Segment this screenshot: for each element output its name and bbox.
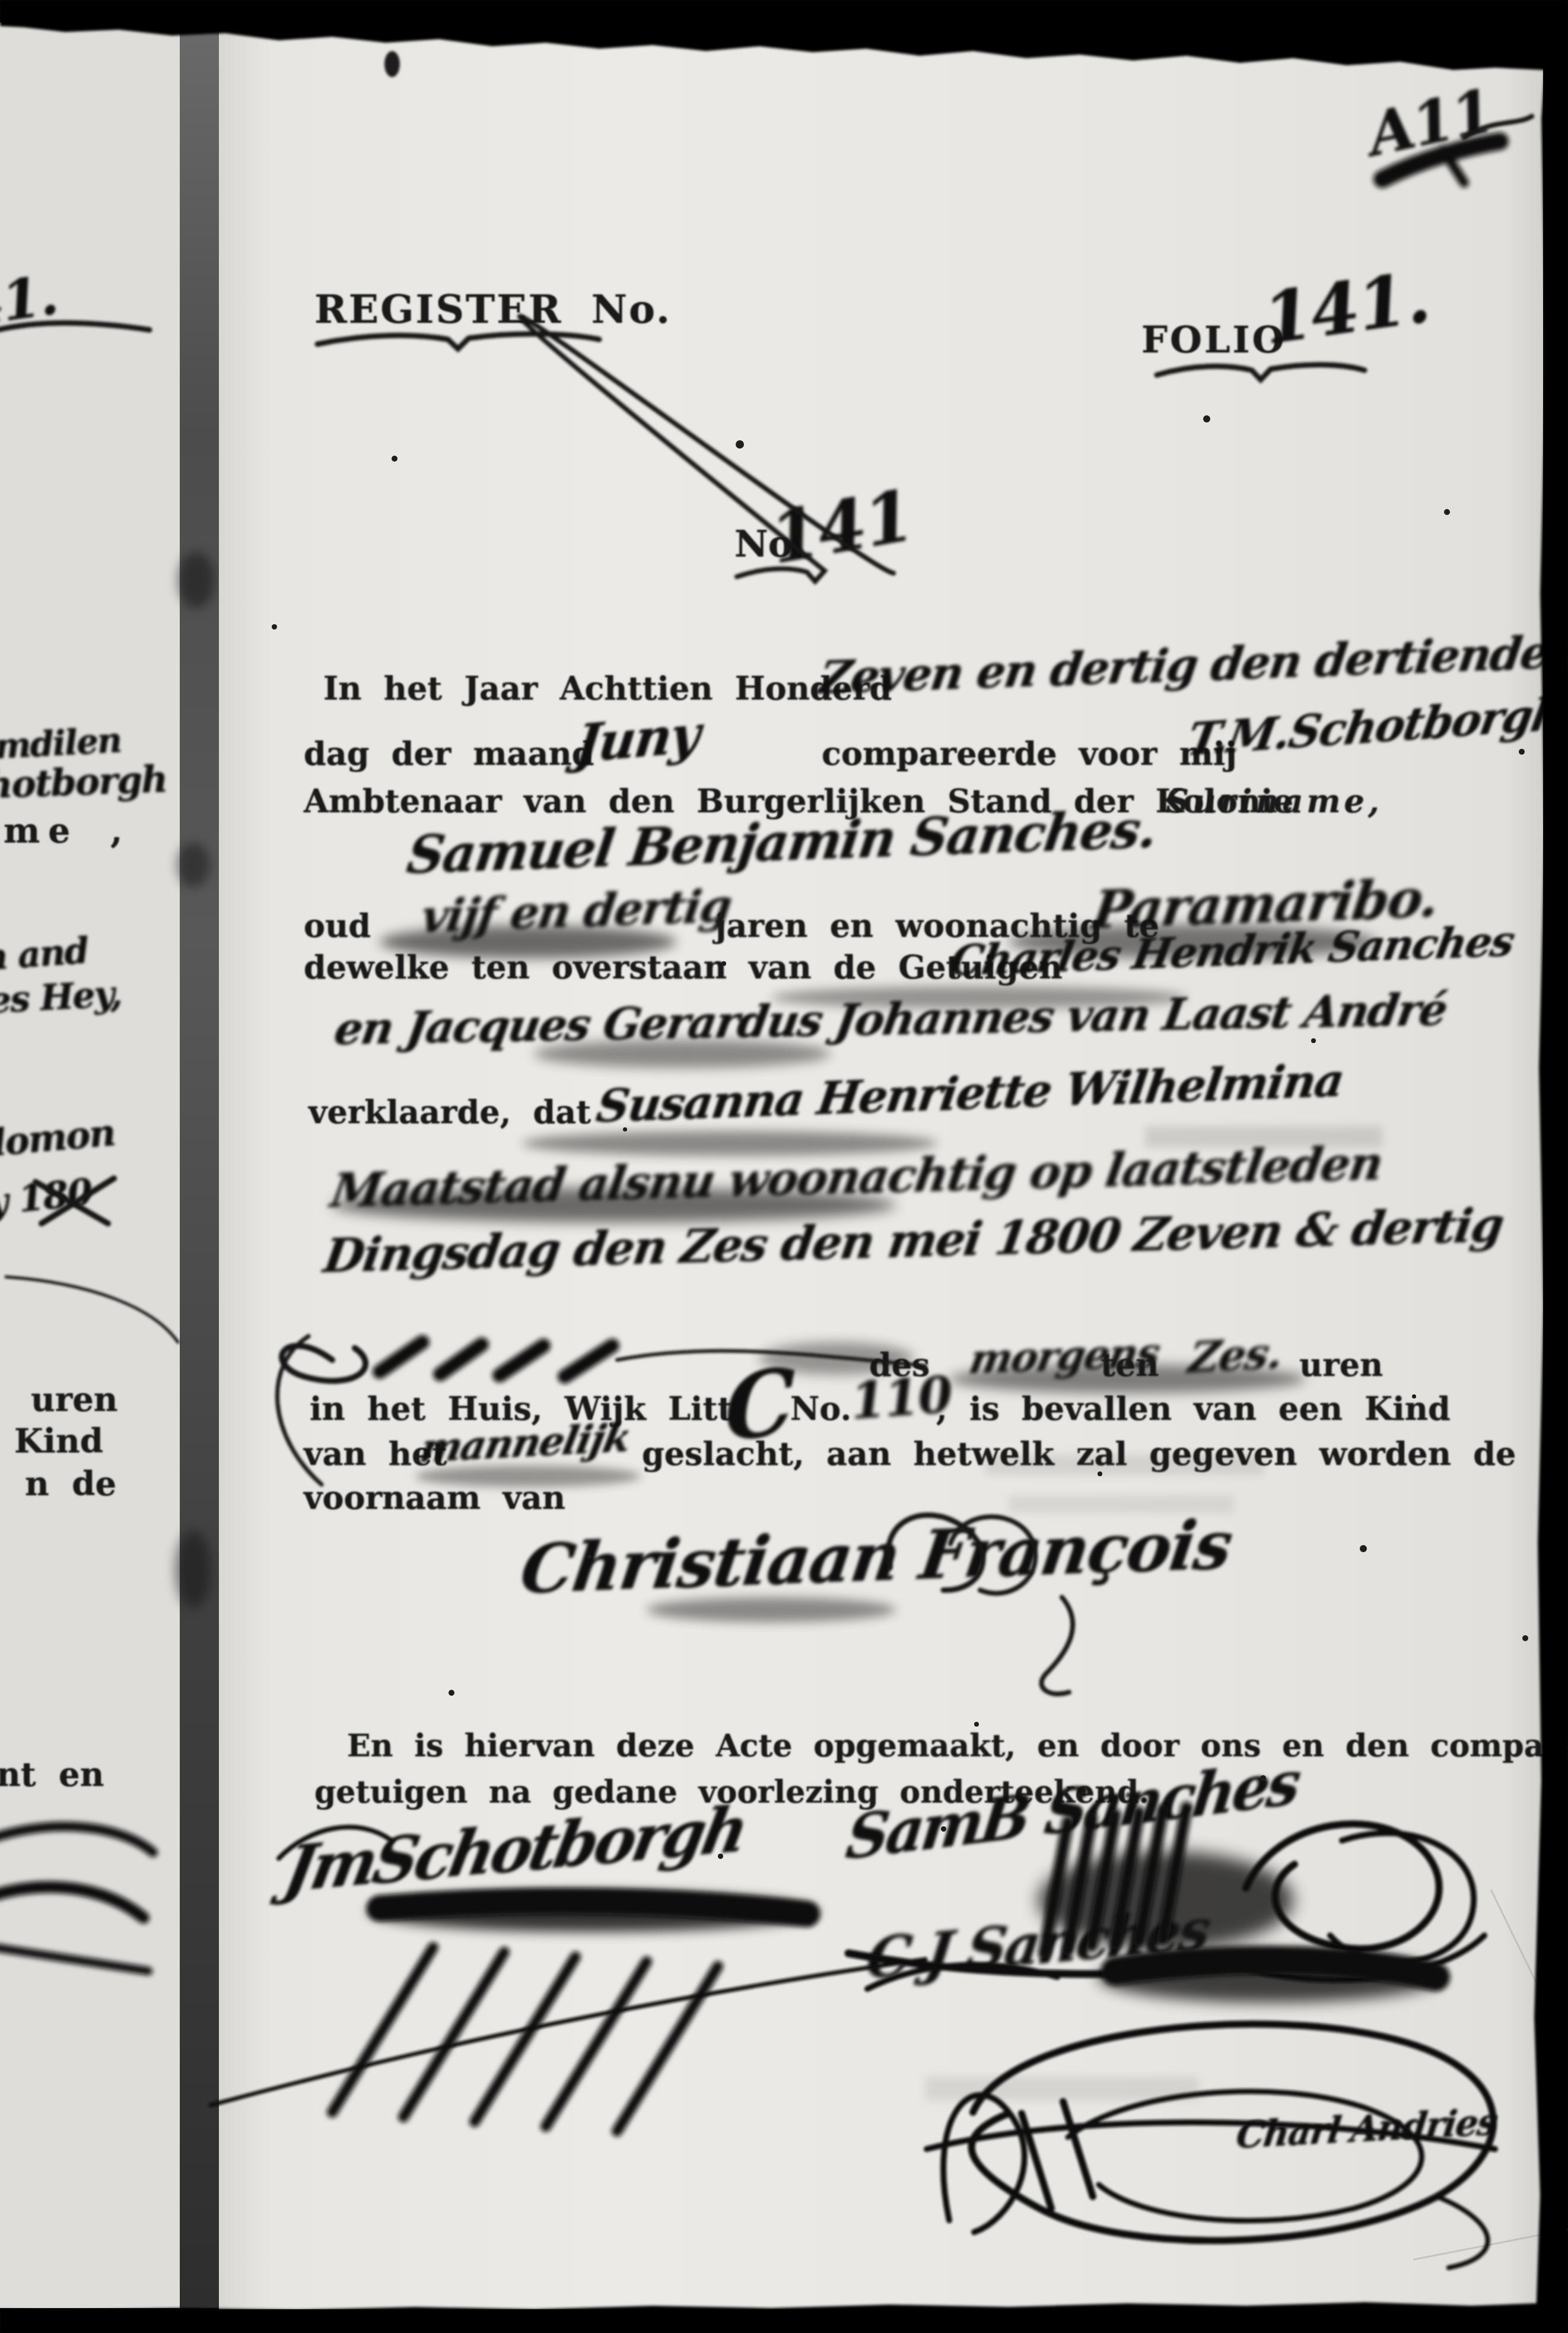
colony-name-printed: Suriname, <box>1166 782 1383 820</box>
act-line5a-printed: oud <box>304 907 371 945</box>
act-line8-printed: verklaarde, dat <box>308 1093 591 1131</box>
left-fragment-printed: me , <box>4 810 131 851</box>
left-fragment-word: n and <box>0 930 90 979</box>
ink-smear <box>647 1597 896 1622</box>
act-line12c-printed: , is bevallen van een Kind <box>936 1390 1451 1428</box>
ink-smear <box>759 1342 914 1375</box>
act-line2b-printed: compareerde voor mij <box>822 735 1237 773</box>
ink-speck <box>1412 1394 1416 1398</box>
ink-smear <box>522 1131 937 1156</box>
gutter-shadow-blob <box>178 552 215 608</box>
left-fragment-printed: uren <box>31 1380 118 1419</box>
left-fragment-printed: n de <box>25 1464 116 1504</box>
ink-speck <box>1203 415 1210 422</box>
ink-speck <box>623 1127 627 1131</box>
closing-line1-printed: En is hiervan deze Acte opgemaakt, en do… <box>347 1728 1568 1764</box>
ink-smear <box>368 1892 819 1932</box>
ink-speck <box>941 1826 946 1832</box>
ink-speck <box>718 1854 723 1859</box>
ink-speck <box>1098 1471 1102 1476</box>
ink-smear <box>332 1188 896 1222</box>
act-line11c-printed: uren <box>1299 1346 1383 1384</box>
ink-smear <box>380 926 676 958</box>
act-line1-printed: In het Jaar Achttien Honderd <box>323 669 892 707</box>
left-fragment-printed: nt en <box>0 1755 104 1794</box>
left-fragment-word: y 180 <box>0 1170 94 1224</box>
ink-smear <box>771 986 1187 1009</box>
left-fragment-word: alomon <box>0 1111 116 1166</box>
bleed-through-ghost <box>925 2077 1198 2100</box>
ink-speck <box>974 1722 979 1727</box>
ink-speck <box>721 961 726 966</box>
ink-smear <box>1009 924 1376 959</box>
ink-speck <box>384 51 400 77</box>
ink-smear <box>1098 1952 1442 2003</box>
left-fragment-printed: Kind <box>14 1422 103 1461</box>
ink-smear <box>1038 1851 1293 1949</box>
ink-speck <box>1311 1038 1316 1043</box>
ink-speck <box>392 456 397 462</box>
ink-speck <box>1444 509 1450 515</box>
left-page-edge: 41. emdilen chotborgh me , n and ies Hey… <box>0 23 180 2308</box>
ink-speck <box>272 624 277 630</box>
ink-speck <box>736 440 744 449</box>
ink-smear <box>534 1040 831 1068</box>
ink-speck <box>1519 749 1525 755</box>
left-fragment-number: 41. <box>0 263 61 339</box>
gutter-shadow-blob <box>177 843 210 887</box>
month-handwritten: Juny <box>573 703 703 775</box>
act-line2a-printed: dag der maand <box>304 735 594 773</box>
ink-speck <box>1522 1635 1528 1641</box>
left-fragment-word: chotborgh <box>0 757 167 808</box>
ink-smear <box>415 1466 641 1487</box>
ink-speck <box>449 1690 454 1696</box>
book-gutter <box>180 23 219 2308</box>
act-line12b-printed: No. <box>790 1390 851 1428</box>
register-heading: REGISTER No. <box>314 286 672 332</box>
gutter-shadow-blob <box>176 1531 211 1608</box>
ink-speck <box>1260 1775 1266 1781</box>
left-fragment-word: ies Hey, <box>0 973 122 1022</box>
act-line13b-printed: geslacht, aan hetwelk zal gegeven worden… <box>642 1435 1516 1473</box>
ink-smear <box>949 1365 1305 1393</box>
ink-speck <box>587 1555 591 1559</box>
scanned-birth-record: 41. emdilen chotborgh me , n and ies Hey… <box>0 0 1568 2333</box>
ink-speck <box>1360 1545 1367 1552</box>
